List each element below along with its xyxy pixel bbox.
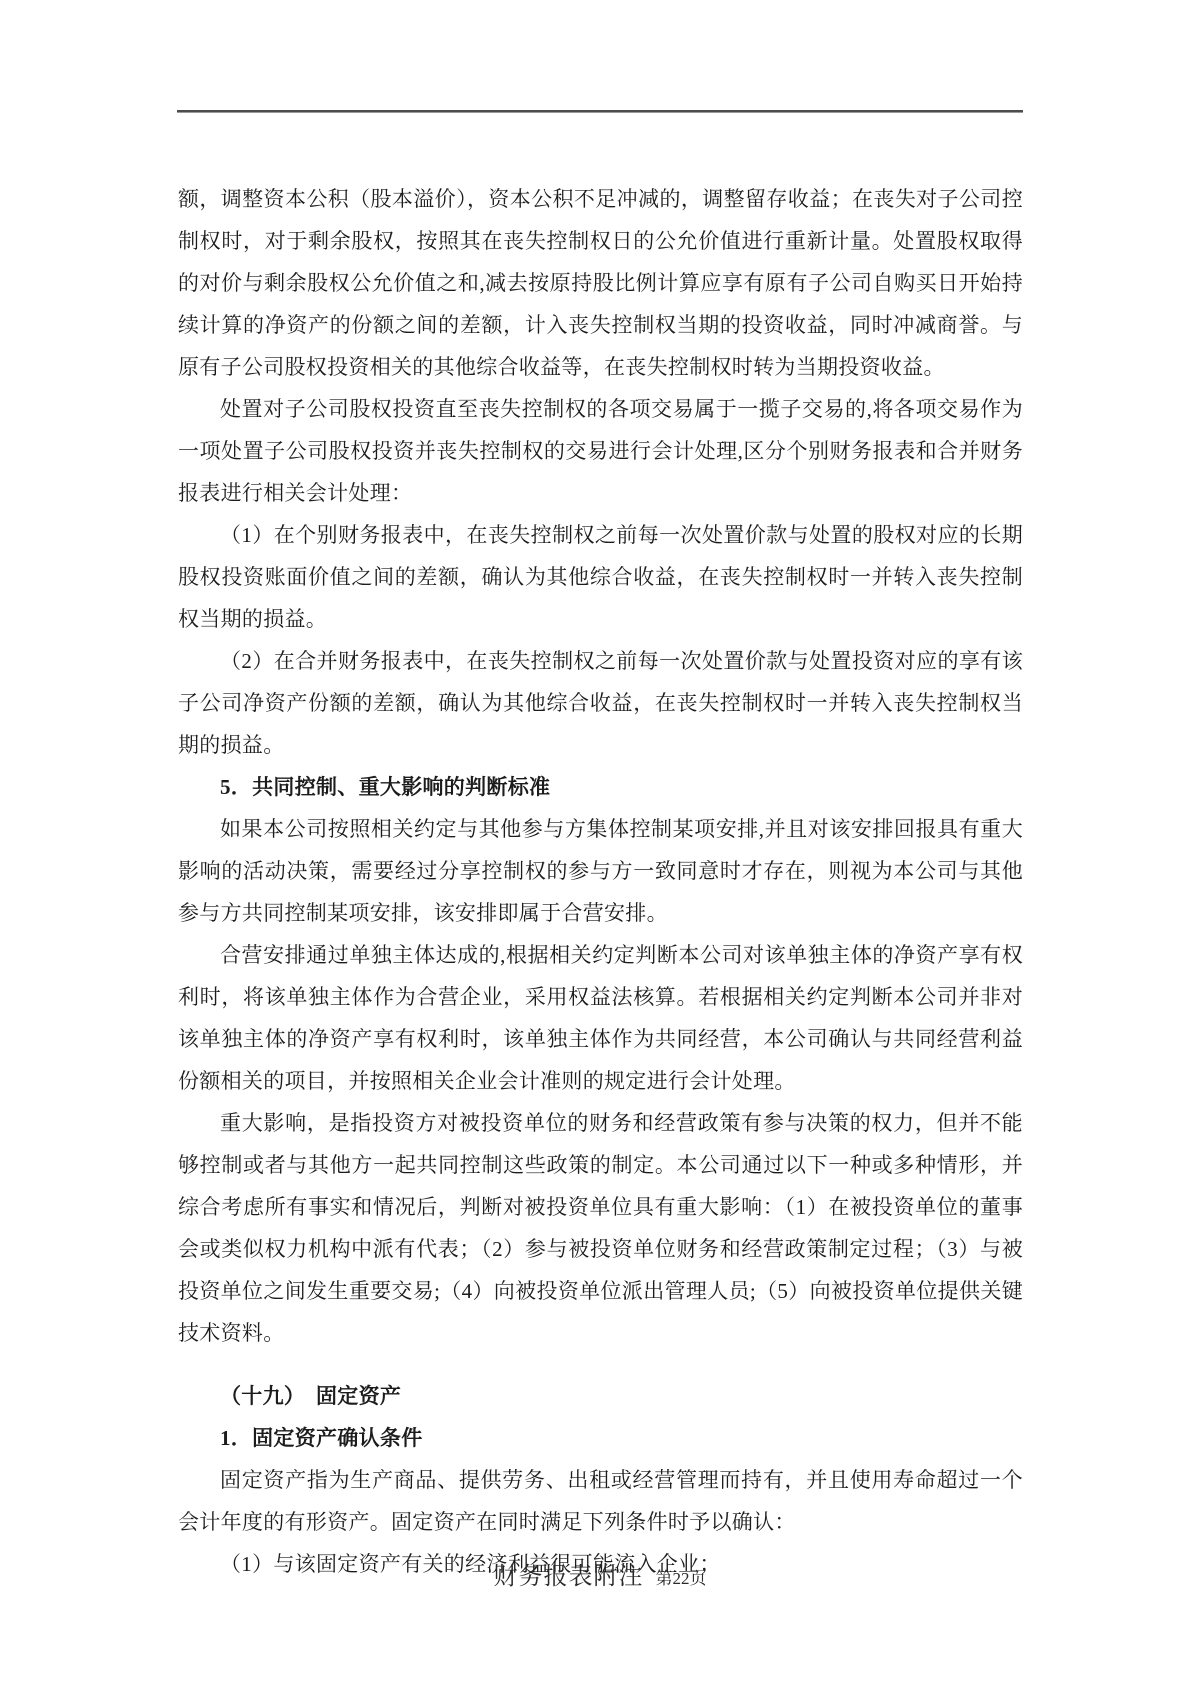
paragraph-item-2: （2）在合并财务报表中，在丧失控制权之前每一次处置价款与处置投资对应的享有该子公… — [178, 640, 1023, 766]
paragraph: 处置对子公司股权投资直至丧失控制权的各项交易属于一揽子交易的,将各项交易作为一项… — [178, 388, 1023, 514]
footer-page-number: 第22页 — [656, 1569, 707, 1588]
paragraph-item-1: （1）在个别财务报表中，在丧失控制权之前每一次处置价款与处置的股权对应的长期股权… — [178, 514, 1023, 640]
header-rule — [177, 110, 1023, 113]
subsection-heading-1: 1．固定资产确认条件 — [178, 1417, 1023, 1459]
document-page: 额，调整资本公积（股本溢价），资本公积不足冲减的，调整留存收益；在丧失对子公司控… — [0, 0, 1200, 1699]
paragraph: 重大影响，是指投资方对被投资单位的财务和经营政策有参与决策的权力，但并不能够控制… — [178, 1102, 1023, 1354]
paragraph: 合营安排通过单独主体达成的,根据相关约定判断本公司对该单独主体的净资产享有权利时… — [178, 934, 1023, 1102]
paragraph: 固定资产指为生产商品、提供劳务、出租或经营管理而持有，并且使用寿命超过一个会计年… — [178, 1459, 1023, 1543]
section-heading-19: （十九） 固定资产 — [178, 1375, 1023, 1417]
page-footer: 财务报表附注第22页 — [0, 1556, 1200, 1591]
section-heading-5: 5．共同控制、重大影响的判断标准 — [178, 766, 1023, 808]
paragraph: 如果本公司按照相关约定与其他参与方集体控制某项安排,并且对该安排回报具有重大影响… — [178, 808, 1023, 934]
paragraph-continuation: 额，调整资本公积（股本溢价），资本公积不足冲减的，调整留存收益；在丧失对子公司控… — [178, 178, 1023, 388]
page-content: 额，调整资本公积（股本溢价），资本公积不足冲减的，调整留存收益；在丧失对子公司控… — [178, 178, 1023, 1585]
footer-title: 财务报表附注 — [494, 1564, 644, 1590]
